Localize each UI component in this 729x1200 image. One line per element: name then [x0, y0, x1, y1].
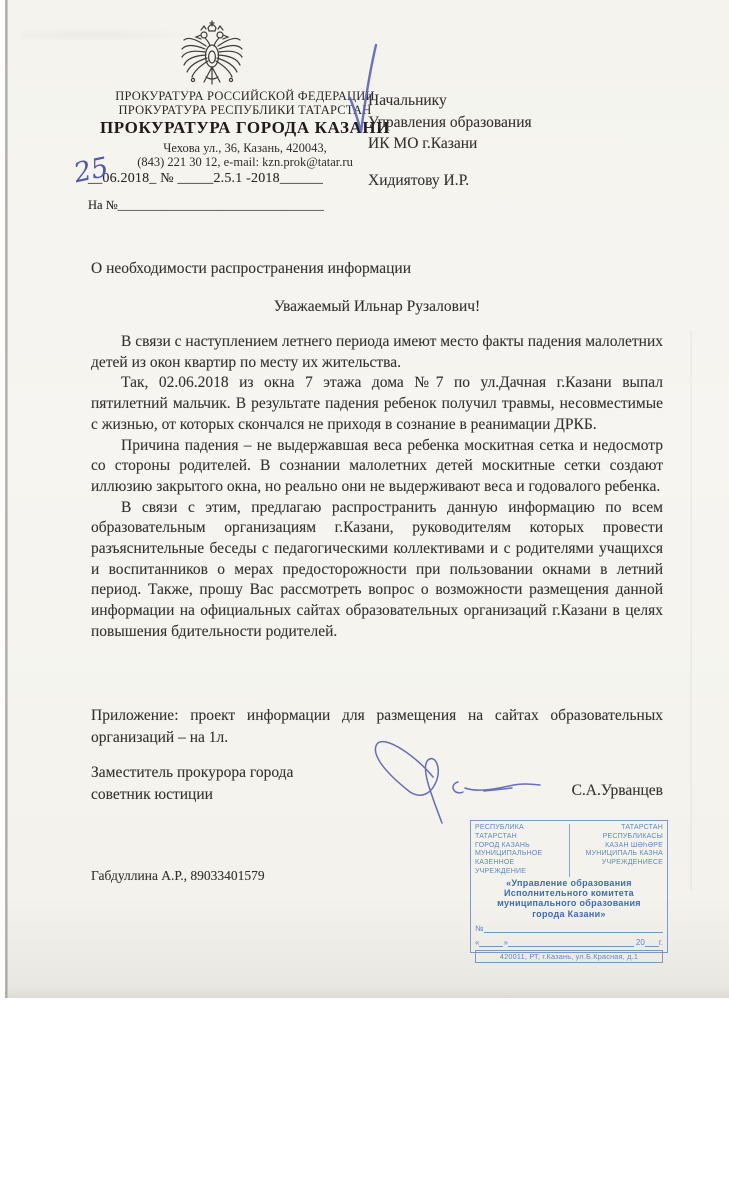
org-contacts: (843) 221 30 12, e-mail: kzn.prok@tatar.… — [84, 155, 406, 169]
outgoing-number-line: __06.2018_ № _____2.5.1 -2018______ — [88, 171, 323, 187]
body-paragraph: В связи с этим, предлагаю распространить… — [91, 498, 663, 643]
subject-line: О необходимости распространения информац… — [91, 260, 411, 278]
incoming-registration-stamp: РЕСПУБЛИКА ТАТАРСТАН ГОРОД КАЗАНЬ МУНИЦИ… — [470, 820, 668, 953]
recipient-gap — [368, 155, 532, 170]
paper-crease — [20, 28, 200, 42]
reply-reference-line: На №_________________________________ — [88, 198, 324, 213]
stamp-header-russian: РЕСПУБЛИКА ТАТАРСТАН ГОРОД КАЗАНЬ МУНИЦИ… — [475, 824, 569, 877]
letter-page: ПРОКУРАТУРА РОССИЙСКОЙ ФЕДЕРАЦИИ ПРОКУРА… — [0, 0, 729, 998]
recipient-block: Начальнику Управления образования ИК МО … — [368, 90, 532, 191]
body-paragraph: Причина падения – не выдержавшая веса ре… — [91, 436, 663, 498]
stamp-number-label: № — [475, 924, 484, 933]
recipient-line: Управления образования — [368, 112, 532, 134]
scan-edge — [5, 0, 8, 998]
stamp-date-line: « » 20 г. — [475, 937, 663, 947]
stamp-number-blank — [484, 923, 663, 933]
paper-crease-vertical — [690, 330, 692, 890]
signature-ink — [372, 733, 547, 833]
stamp-day-blank — [479, 937, 503, 947]
stamp-month-blank — [508, 937, 634, 947]
body-paragraph: В связи с наступлением летнего периода и… — [91, 332, 663, 373]
signoff-position-line: Заместитель прокурора города — [91, 762, 293, 784]
stamp-address: 420011, РТ, г.Казань, ул.Б.Красная, д.1 — [475, 950, 663, 963]
letter-body: В связи с наступлением летнего периода и… — [91, 332, 663, 643]
recipient-line: Начальнику — [368, 90, 532, 112]
org-address: Чехова ул., 36, Казань, 420043, — [84, 141, 406, 155]
body-paragraph: Так, 02.06.2018 из окна 7 этажа дома №7 … — [91, 373, 663, 435]
stamp-header: РЕСПУБЛИКА ТАТАРСТАН ГОРОД КАЗАНЬ МУНИЦИ… — [475, 824, 663, 877]
stamp-organization-name: «Управление образования Исполнительного … — [475, 878, 663, 919]
stamp-year-blank — [645, 937, 659, 947]
recipient-person: Хидиятову И.Р. — [368, 170, 532, 192]
coat-of-arms-icon — [180, 20, 244, 88]
recipient-line: ИК МО г.Казани — [368, 133, 532, 155]
stamp-header-tatar: ТАТАРСТАН РЕСПУБЛИКАСЫ КАЗАН ШӘҺӘРЕ МУНИ… — [569, 824, 664, 877]
stamp-number-line: № — [475, 923, 663, 933]
executor-contact: Габдуллина А.Р., 89033401579 — [91, 868, 265, 884]
salutation: Уважаемый Ильнар Рузалович! — [91, 298, 663, 316]
